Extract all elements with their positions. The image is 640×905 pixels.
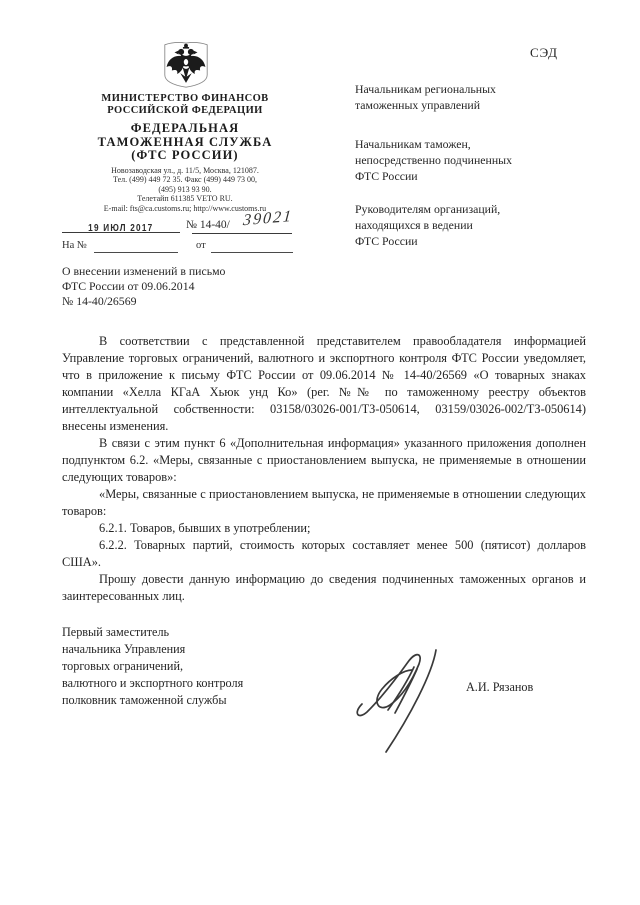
date-field: 19 ИЮЛ 2017: [62, 218, 180, 233]
addressee-line: таможенных управлений: [355, 97, 585, 113]
signer-position-line: торговых ограничений,: [62, 658, 352, 675]
signer-position-line: Первый заместитель: [62, 624, 352, 641]
ministry-line: МИНИСТЕРСТВО ФИНАНСОВ: [40, 93, 330, 105]
date-stamp: 19 ИЮЛ 2017: [88, 223, 153, 234]
blank-underline: [94, 239, 178, 253]
phone-line: Тел. (499) 449 72 35. Факс (499) 449 73 …: [40, 175, 330, 184]
addressee-line: Начальникам региональных: [355, 81, 585, 97]
body-paragraph: 6.2.2. Товарных партий, стоимость которы…: [62, 537, 586, 571]
body-paragraph: Прошу довести данную информацию до сведе…: [62, 571, 586, 605]
addressee-line: Руководителям организаций,: [355, 201, 585, 217]
subject-line: О внесении изменений в письмо: [62, 264, 322, 279]
signer-position-line: валютного и экспортного контроля: [62, 675, 352, 692]
letter-body: В соответствии с представленной представ…: [62, 333, 586, 605]
addressee-organization-leaders: Руководителям организаций, находящихся в…: [355, 201, 585, 249]
handwritten-signature-icon: [348, 640, 458, 760]
addressee-line: находящихся в ведении: [355, 217, 585, 233]
addressee-line: ФТС России: [355, 168, 585, 184]
document-page: СЭД МИНИСТЕРСТВО ФИНАНСОВ РОССИЙСКОЙ Ф: [0, 0, 640, 905]
service-line: (ФТС РОССИИ): [40, 149, 330, 163]
subject-line: № 14-40/26569: [62, 294, 322, 309]
ministry-title: МИНИСТЕРСТВО ФИНАНСОВ РОССИЙСКОЙ ФЕДЕРАЦ…: [40, 93, 330, 117]
reply-number-label: На №: [62, 240, 87, 251]
reply-from-label: от: [196, 240, 206, 251]
sed-mark: СЭД: [530, 45, 558, 61]
signer-position-line: полковник таможенной службы: [62, 692, 352, 709]
phone-line: (495) 913 93 90.: [40, 185, 330, 194]
body-paragraph: В связи с этим пункт 6 «Дополнительная и…: [62, 435, 586, 486]
signer-name: А.И. Рязанов: [466, 680, 533, 695]
signer-position-block: Первый заместитель начальника Управления…: [62, 624, 352, 709]
addressee-line: непосредственно подчиненных: [355, 152, 585, 168]
teletype-line: Телетайп 611385 VETO RU.: [40, 194, 330, 203]
ministry-line: РОССИЙСКОЙ ФЕДЕРАЦИИ: [40, 105, 330, 117]
subject-line: ФТС России от 09.06.2014: [62, 279, 322, 294]
service-line: ТАМОЖЕННАЯ СЛУЖБА: [40, 136, 330, 150]
blank-underline: [211, 239, 293, 253]
addressee-customs-heads: Начальникам таможен, непосредственно под…: [355, 136, 585, 184]
outgoing-number-prefix: № 14-40/: [186, 219, 230, 231]
addressee-line: ФТС России: [355, 233, 585, 249]
subject-block: О внесении изменений в письмо ФТС России…: [62, 264, 322, 309]
service-line: ФЕДЕРАЛЬНАЯ: [40, 122, 330, 136]
addressee-regional-administrations: Начальникам региональных таможенных упра…: [355, 81, 585, 113]
address-line: Новозаводская ул., д. 11/5, Москва, 1210…: [40, 166, 330, 175]
addressee-line: Начальникам таможен,: [355, 136, 585, 152]
body-paragraph: 6.2.1. Товаров, бывших в употреблении;: [62, 520, 586, 537]
body-paragraph: «Меры, связанные с приостановлением выпу…: [62, 486, 586, 520]
body-paragraph: В соответствии с представленной представ…: [62, 333, 586, 435]
contact-block: Новозаводская ул., д. 11/5, Москва, 1210…: [40, 166, 330, 213]
service-title: ФЕДЕРАЛЬНАЯ ТАМОЖЕННАЯ СЛУЖБА (ФТС РОССИ…: [40, 122, 330, 163]
signer-position-line: начальника Управления: [62, 641, 352, 658]
coat-of-arms-eagle-icon: [159, 36, 213, 89]
